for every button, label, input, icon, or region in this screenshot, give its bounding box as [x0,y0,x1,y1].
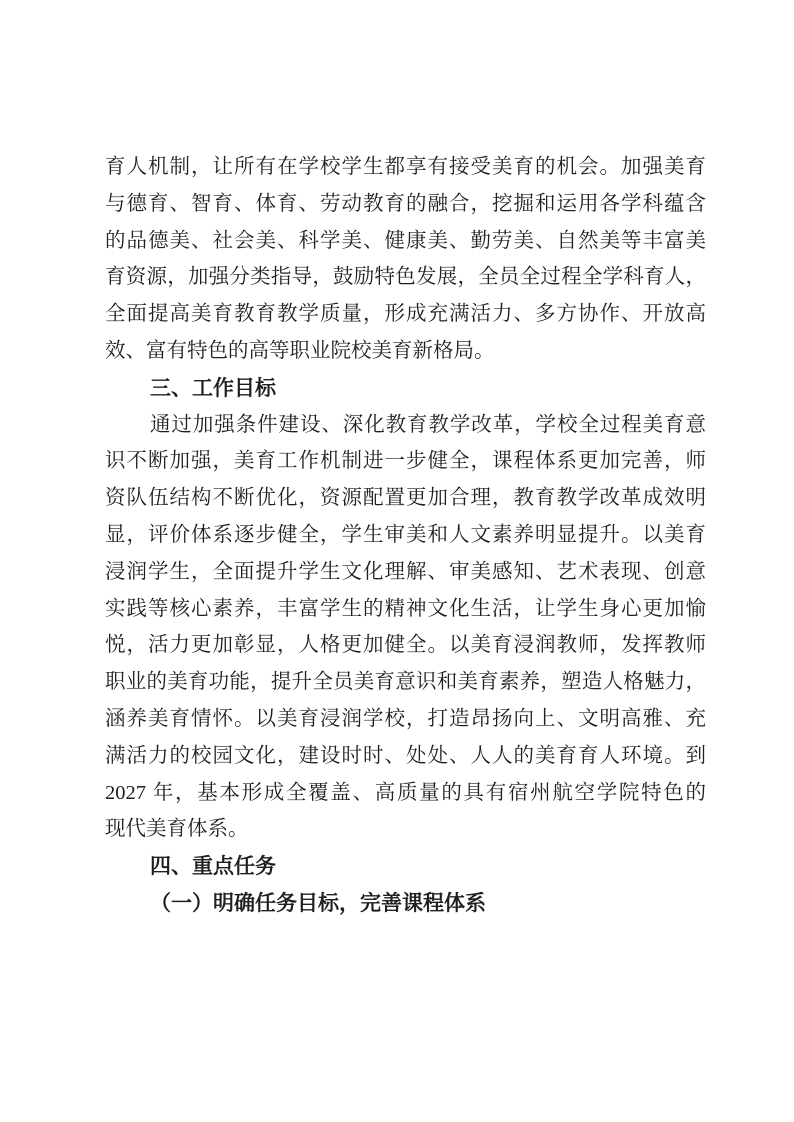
text-line: 育人机制，让所有在学校学生都享有接受美育的机会。加强美育 [105,149,706,186]
text-line: 实践等核心素养，丰富学生的精神文化生活，让学生身心更加愉 [105,591,706,628]
text-line: 全面提高美育教育教学质量，形成充满活力、多方协作、开放高 [105,296,706,333]
text-line: 浸润学生，全面提升学生文化理解、审美感知、艺术表现、创意 [105,554,706,591]
text-line: 现代美育体系。 [105,811,706,848]
text-line: 悦，活力更加彰显，人格更加健全。以美育浸润教师，发挥教师 [105,627,706,664]
text-line: 资队伍结构不断优化，资源配置更加合理，教育教学改革成效明 [105,480,706,517]
text-line: 涵养美育情怀。以美育浸润学校，打造昂扬向上、文明高雅、充 [105,701,706,738]
text-line: 显，评价体系逐步健全，学生审美和人文素养明显提升。以美育 [105,517,706,554]
paragraph-work-goals: 通过加强条件建设、深化教育教学改革，学校全过程美育意 识不断加强，美育工作机制进… [105,407,706,849]
text-line: 满活力的校园文化，建设时时、处处、人人的美育育人环境。到 [105,738,706,775]
section-heading-work-goals: 三、工作目标 [105,370,706,407]
text-line: 效、富有特色的高等职业院校美育新格局。 [105,333,706,370]
text-line: 识不断加强，美育工作机制进一步健全，课程体系更加完善，师 [105,443,706,480]
document-body: 育人机制，让所有在学校学生都享有接受美育的机会。加强美育 与德育、智育、体育、劳… [105,149,706,922]
paragraph-continuation: 育人机制，让所有在学校学生都享有接受美育的机会。加强美育 与德育、智育、体育、劳… [105,149,706,370]
text-line: 与德育、智育、体育、劳动教育的融合，挖掘和运用各学科蕴含 [105,186,706,223]
text-line: 职业的美育功能，提升全员美育意识和美育素养，塑造人格魅力， [105,664,706,701]
text-line: 通过加强条件建设、深化教育教学改革，学校全过程美育意 [105,407,706,444]
document-page: 育人机制，让所有在学校学生都享有接受美育的机会。加强美育 与德育、智育、体育、劳… [0,0,794,1122]
section-heading-key-tasks: 四、重点任务 [105,848,706,885]
text-line: 2027 年，基本形成全覆盖、高质量的具有宿州航空学院特色的 [105,775,706,812]
subsection-heading-curriculum: （一）明确任务目标，完善课程体系 [105,885,706,922]
text-line: 的品德美、社会美、科学美、健康美、勤劳美、自然美等丰富美 [105,223,706,260]
text-line: 育资源，加强分类指导，鼓励特色发展，全员全过程全学科育人， [105,259,706,296]
